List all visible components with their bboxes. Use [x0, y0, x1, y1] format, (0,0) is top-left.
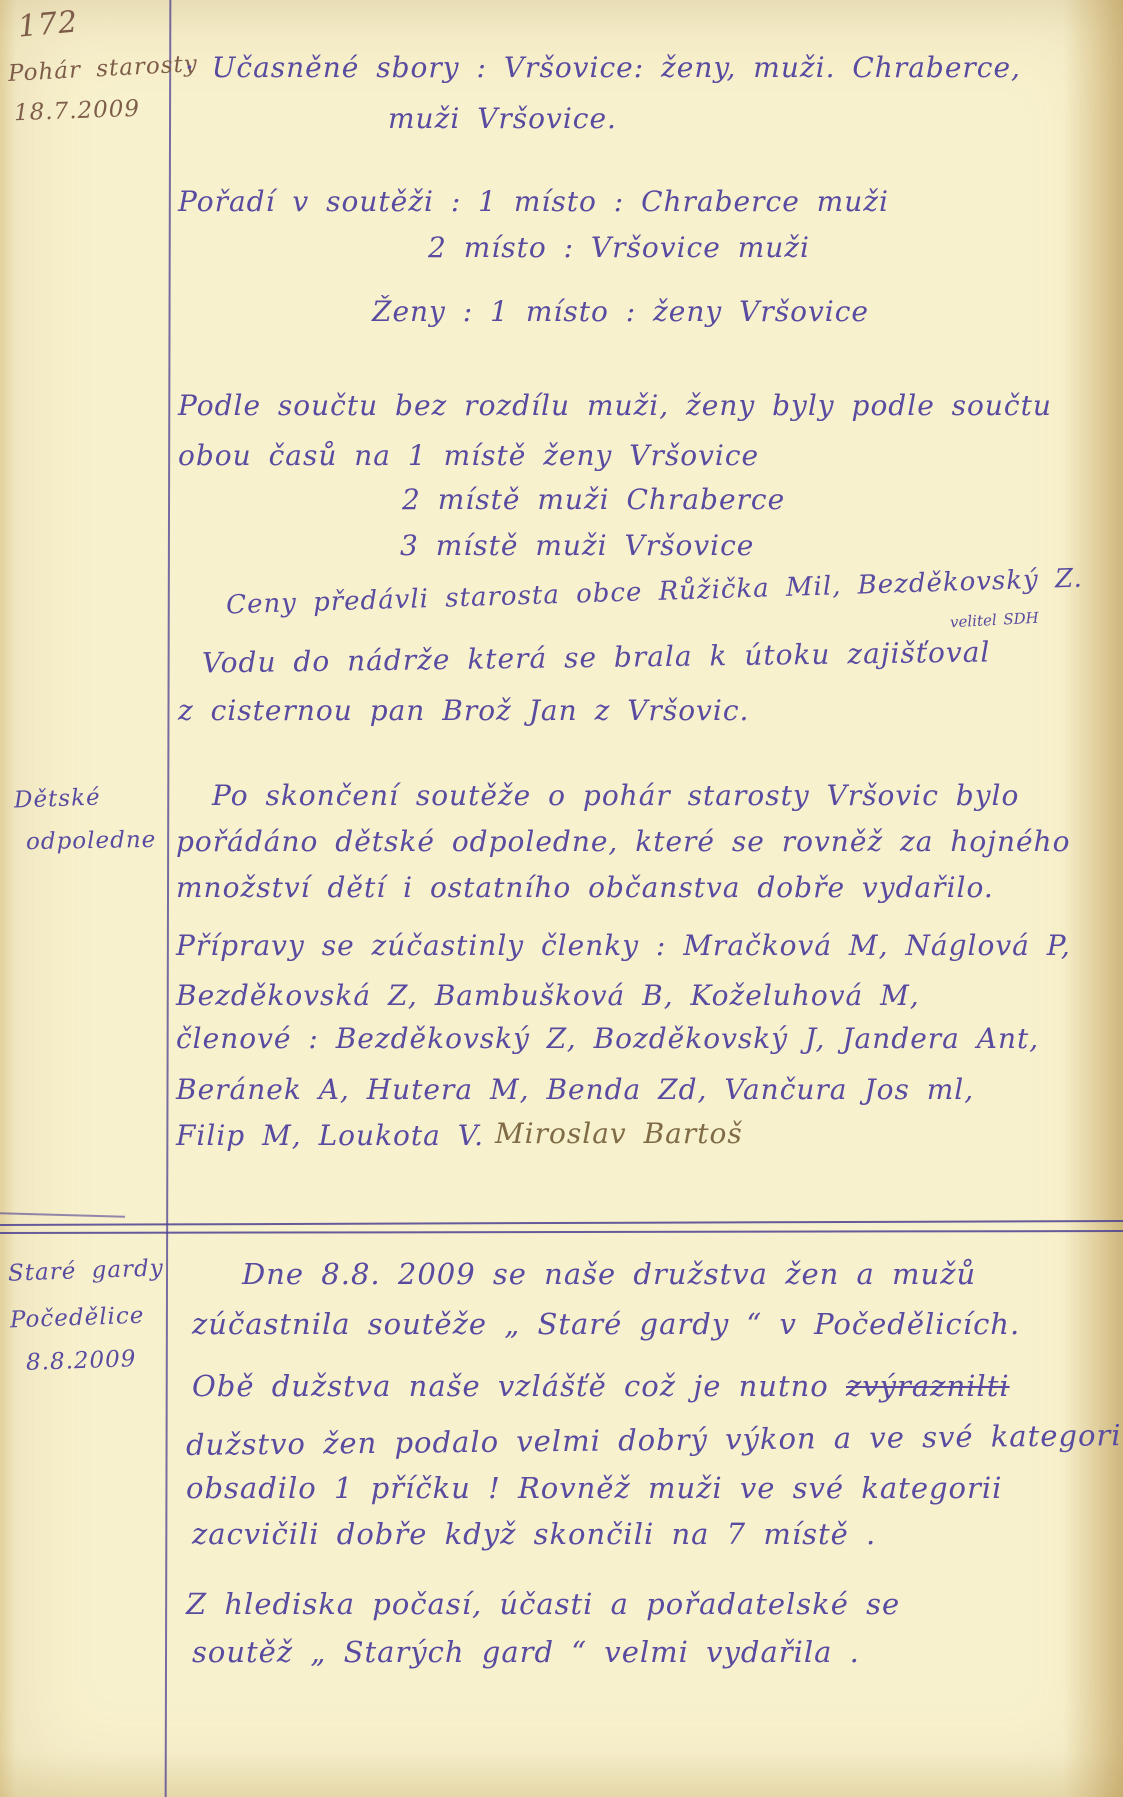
text-line: 2 místo : Vršovice muži — [428, 232, 810, 264]
chronicle-page: 172 Pohár starosty 18.7.2009 · Učasněné … — [0, 0, 1123, 1797]
text-fragment: Obě dužstva naše vzlášťě což je nutno — [192, 1369, 829, 1403]
text-line: Z hlediska počasí, účasti a pořadatelské… — [186, 1588, 900, 1621]
margin-note-stare-line1: Staré gardy — [8, 1255, 165, 1287]
margin-note-detske-line2: odpoledne — [26, 827, 157, 856]
text-line: Přípravy se zúčastinly členky : Mračková… — [176, 930, 1071, 962]
text-line: z cisternou pan Brož Jan z Vršovic. — [178, 695, 749, 727]
section-divider-top — [0, 1220, 1123, 1226]
text-line: pořádáno dětské odpoledne, které se rovn… — [176, 826, 1070, 858]
text-line: soutěž „ Starých gard “ velmi vydařila . — [192, 1636, 860, 1669]
text-line: muži Vršovice. — [388, 103, 617, 135]
text-line: Beránek A, Hutera M, Benda Zd, Vančura J… — [176, 1074, 974, 1106]
margin-note-detske-line1: Dětské — [14, 784, 102, 813]
signature: Miroslav Bartoš — [495, 1118, 743, 1150]
text-line: dužstvo žen podalo velmi dobrý výkon a v… — [186, 1419, 1123, 1462]
text-line: množství dětí i ostatního občanstva dobř… — [176, 872, 994, 904]
text-line: Pořadí v soutěži : 1 místo : Chraberce m… — [178, 186, 889, 218]
text-line: Podle součtu bez rozdílu muži, ženy byly… — [178, 390, 1052, 422]
page-number: 172 — [17, 5, 80, 45]
text-line: Obě dužstva naše vzlášťě což je nutno zv… — [192, 1370, 1010, 1403]
text-line: obsadilo 1 příčku ! Rovněž muži ve své k… — [186, 1472, 1002, 1505]
text-line: zúčastnila soutěže „ Staré gardy “ v Poč… — [192, 1308, 1020, 1341]
section-divider-bottom — [0, 1230, 1123, 1234]
text-line: Ženy : 1 místo : ženy Vršovice — [372, 296, 869, 328]
text-line: Bezděkovská Z, Bambušková B, Koželuhová … — [176, 980, 920, 1012]
text-line: zacvičili dobře když skončili na 7 místě… — [192, 1518, 876, 1551]
inline-note-velitel-sdh: velitel SDH — [950, 610, 1040, 632]
text-line: obou časů na 1 místě ženy Vršovice — [178, 440, 759, 472]
margin-rule — [165, 0, 172, 1797]
text-line: Filip M, Loukota V. — [176, 1120, 484, 1152]
text-line: 3 místě muži Vršovice — [400, 530, 754, 562]
struck-word: zvýraznilti — [846, 1369, 1010, 1403]
section-divider-stray-stroke — [0, 1212, 125, 1217]
margin-note-stare-line3: 8.8.2009 — [26, 1346, 137, 1376]
text-line: Vodu do nádrže která se brala k útoku za… — [202, 636, 991, 679]
text-line: 2 místě muži Chraberce — [402, 484, 785, 516]
text-line: členové : Bezděkovský Z, Bozděkovský J, … — [176, 1023, 1039, 1055]
text-line: Dne 8.8. 2009 se naše družstva žen a muž… — [242, 1258, 976, 1291]
text-line: · Učasněné sbory : Vršovice: ženy, muži.… — [185, 52, 1021, 84]
margin-note-pohar-date: 18.7.2009 — [14, 96, 141, 127]
margin-note-stare-line2: Počedělice — [10, 1303, 145, 1334]
text-line: Po skončení soutěže o pohár starosty Vrš… — [212, 780, 1019, 812]
